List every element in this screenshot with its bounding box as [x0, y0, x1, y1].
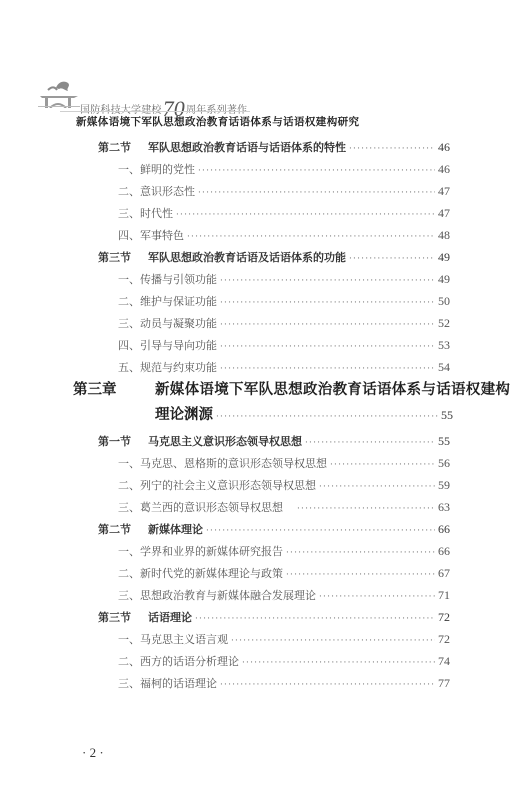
item-title: 三、时代性 — [118, 206, 173, 222]
leader-dots: ········································… — [297, 501, 435, 517]
leader-dots: ········································… — [231, 633, 435, 649]
book-title: 新媒体语境下军队思想政治教育话语体系与话语权建构研究 — [76, 114, 359, 129]
toc-item-row[interactable]: 二、新时代党的新媒体理论与政策 ························… — [118, 565, 450, 581]
item-title: 一、学界和业界的新媒体研究报告 — [118, 544, 283, 560]
section-title: 马克思主义意识形态领导权思想 — [148, 434, 302, 450]
toc-item-row[interactable]: 一、学界和业界的新媒体研究报告 ························… — [118, 543, 450, 559]
page-number: · 2 · — [82, 745, 104, 761]
page-ref: 66 — [438, 543, 450, 559]
page-ref: 74 — [438, 653, 450, 669]
leader-dots: ········································… — [220, 317, 435, 333]
item-title: 四、军事特色 — [118, 228, 184, 244]
page-ref: 55 — [441, 403, 453, 427]
item-title: 一、马克思、恩格斯的意识形态领导权思想 — [118, 456, 327, 472]
leader-dots: ········································… — [349, 141, 435, 157]
page-ref: 46 — [438, 139, 450, 155]
item-title: 二、西方的话语分析理论 — [118, 654, 239, 670]
section-number: 第三节 — [98, 250, 148, 266]
section-title: 话语理论 — [148, 610, 192, 626]
toc-item-row[interactable]: 二、维护与保证功能 ······························… — [118, 293, 450, 309]
section-title: 新媒体理论 — [148, 522, 203, 538]
toc-item-row[interactable]: 四、引导与导向功能 ······························… — [118, 337, 450, 353]
item-title: 三、葛兰西的意识形态领导权思想 — [118, 500, 283, 516]
page-ref: 67 — [438, 565, 450, 581]
toc-item-row[interactable]: 二、意识形态性 ································… — [118, 183, 450, 199]
leader-dots: ········································… — [220, 361, 435, 377]
toc-item-row[interactable]: 五、规范与约束功能 ······························… — [118, 359, 450, 375]
page-ref: 53 — [438, 337, 450, 353]
toc-item-row[interactable]: 二、列宁的社会主义意识形态领导权思想 ·····················… — [118, 477, 450, 493]
page-ref: 56 — [438, 455, 450, 471]
toc-section-row[interactable]: 第二节 军队思想政治教育话语与话语体系的特性 ·················… — [98, 139, 450, 155]
page-ref: 71 — [438, 587, 450, 603]
leader-dots: ········································… — [216, 405, 438, 429]
leader-dots: ········································… — [319, 589, 435, 605]
section-number: 第二节 — [98, 140, 148, 156]
leader-dots: ········································… — [220, 273, 435, 289]
leader-dots: ········································… — [220, 295, 435, 311]
page-ref: 48 — [438, 227, 450, 243]
leader-dots: ········································… — [187, 229, 435, 245]
page-ref: 59 — [438, 477, 450, 493]
item-title: 三、动员与凝聚功能 — [118, 316, 217, 332]
item-title: 五、规范与约束功能 — [118, 360, 217, 376]
page-ref: 47 — [438, 183, 450, 199]
page-ref: 49 — [438, 271, 450, 287]
page-ref: 47 — [438, 205, 450, 221]
section-number: 第三节 — [98, 610, 148, 626]
page-ref: 46 — [438, 161, 450, 177]
toc-section-row[interactable]: 第三节 军队思想政治教育话语及话语体系的功能 ·················… — [98, 249, 450, 265]
leader-dots: ········································… — [286, 567, 435, 583]
toc-section-row[interactable]: 第一节 马克思主义意识形态领导权思想 ·····················… — [98, 433, 450, 449]
header-divider — [60, 111, 250, 112]
leader-dots: ········································… — [198, 185, 435, 201]
toc-chapter-heading-line2[interactable]: 理论渊源 ···································… — [155, 403, 453, 427]
toc-item-row[interactable]: 三、动员与凝聚功能 ······························… — [118, 315, 450, 331]
leader-dots: ········································… — [319, 479, 435, 495]
leader-dots: ········································… — [206, 523, 435, 539]
item-title: 一、鲜明的党性 — [118, 162, 195, 178]
section-title: 军队思想政治教育话语与话语体系的特性 — [148, 140, 346, 156]
leader-dots: ········································… — [242, 655, 435, 671]
toc-item-row[interactable]: 三、福柯的话语理论 ······························… — [118, 675, 450, 691]
page-ref: 52 — [438, 315, 450, 331]
toc-item-row[interactable]: 二、西方的话语分析理论 ····························… — [118, 653, 450, 669]
toc-item-row[interactable]: 一、传播与引领功能 ······························… — [118, 271, 450, 287]
item-title: 一、传播与引领功能 — [118, 272, 217, 288]
leader-dots: ········································… — [349, 251, 435, 267]
leader-dots: ········································… — [176, 207, 435, 223]
leader-dots: ········································… — [220, 677, 435, 693]
item-title: 四、引导与导向功能 — [118, 338, 217, 354]
toc-item-row[interactable]: 三、葛兰西的意识形态领导权思想 ························… — [118, 499, 450, 515]
leader-dots: ········································… — [330, 457, 435, 473]
chapter-number: 第三章 — [73, 378, 117, 402]
toc-section-row[interactable]: 第二节 新媒体理论 ······························… — [98, 521, 450, 537]
chapter-title-line1: 新媒体语境下军队思想政治教育话语体系与话语权建构的 — [155, 378, 510, 402]
item-title: 三、思想政治教育与新媒体融合发展理论 — [118, 588, 316, 604]
toc-item-row[interactable]: 一、鲜明的党性 ································… — [118, 161, 450, 177]
item-title: 三、福柯的话语理论 — [118, 676, 217, 692]
chapter-title-line2: 理论渊源 — [155, 403, 213, 427]
item-title: 二、新时代党的新媒体理论与政策 — [118, 566, 283, 582]
leader-dots: ········································… — [220, 339, 435, 355]
section-title: 军队思想政治教育话语及话语体系的功能 — [148, 250, 346, 266]
item-title: 二、维护与保证功能 — [118, 294, 217, 310]
toc-item-row[interactable]: 四、军事特色 ·································… — [118, 227, 450, 243]
page-ref: 66 — [438, 521, 450, 537]
leader-dots: ········································… — [198, 163, 435, 179]
page-ref: 54 — [438, 359, 450, 375]
leader-dots: ········································… — [195, 611, 435, 627]
page-ref: 55 — [438, 433, 450, 449]
leader-dots: ········································… — [286, 545, 435, 561]
section-number: 第一节 — [98, 434, 148, 450]
item-title: 二、意识形态性 — [118, 184, 195, 200]
page-ref: 49 — [438, 249, 450, 265]
toc-item-row[interactable]: 三、思想政治教育与新媒体融合发展理论 ·····················… — [118, 587, 450, 603]
section-number: 第二节 — [98, 522, 148, 538]
page-ref: 63 — [438, 499, 450, 515]
toc-section-row[interactable]: 第三节 话语理论 ·······························… — [98, 609, 450, 625]
leader-dots: ········································… — [305, 435, 435, 451]
toc-item-row[interactable]: 三、时代性 ··································… — [118, 205, 450, 221]
university-gate-logo-icon — [38, 78, 80, 108]
item-title: 二、列宁的社会主义意识形态领导权思想 — [118, 478, 316, 494]
toc-item-row[interactable]: 一、马克思主义语言观 ·····························… — [118, 631, 450, 647]
page-ref: 72 — [438, 631, 450, 647]
toc-item-row[interactable]: 一、马克思、恩格斯的意识形态领导权思想 ····················… — [118, 455, 450, 471]
item-title: 一、马克思主义语言观 — [118, 632, 228, 648]
page-ref: 50 — [438, 293, 450, 309]
page-ref: 72 — [438, 609, 450, 625]
running-header: 国防科技大学建校70周年系列著作 新媒体语境下军队思想政治教育话语体系与话语权建… — [0, 0, 510, 130]
page-ref: 77 — [438, 675, 450, 691]
